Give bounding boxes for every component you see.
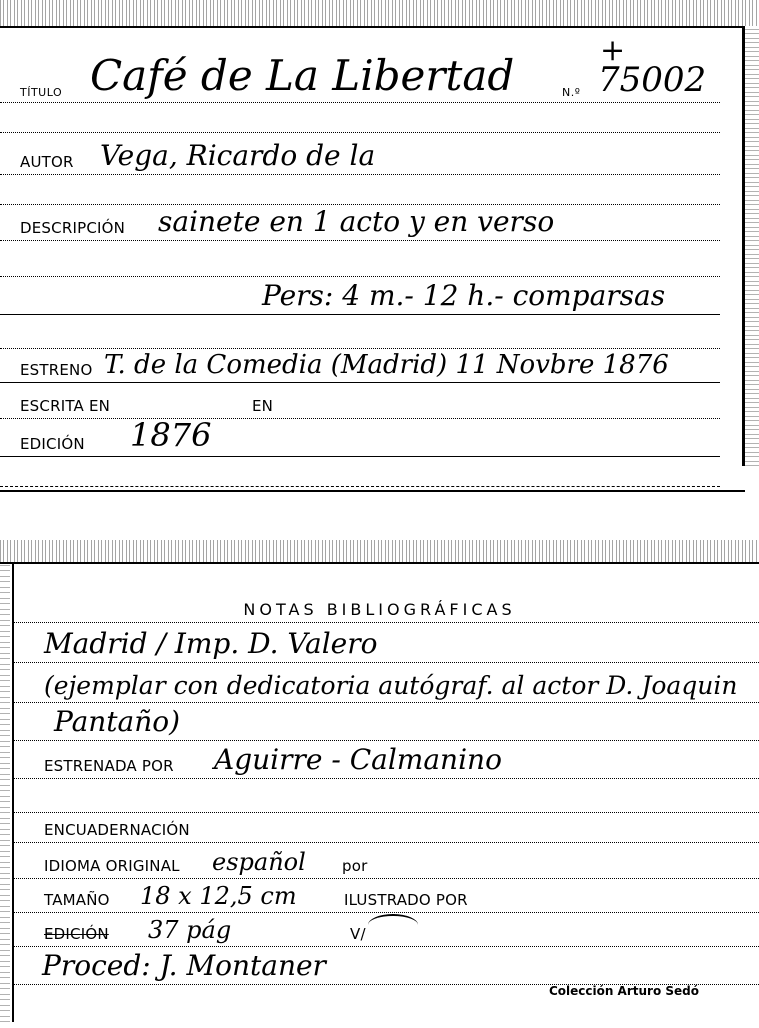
value-edicion-bottom: 37 pág [148, 916, 231, 944]
label-edicion-bottom: EDICIÓN [44, 925, 109, 943]
row-separator [0, 102, 720, 133]
note-line: Pantaño) [14, 702, 759, 741]
value-titulo: Café de La Libertad [90, 51, 514, 100]
scan-noise-border-left [0, 562, 10, 1022]
label-edicion: EDICIÓN [20, 435, 85, 453]
card-frame-right [742, 26, 745, 466]
value-procedencia: Proced: J. Montaner [42, 949, 326, 982]
label-idioma-original: IDIOMA ORIGINAL [44, 857, 180, 875]
row-separator [14, 592, 759, 623]
note-text: (ejemplar con dedicatoria autógraf. al a… [44, 671, 738, 700]
label-escrita-en-2: EN [252, 397, 273, 415]
card-bottom-edge [0, 490, 745, 492]
value-edicion: 1876 [130, 416, 211, 454]
label-titulo: TÍTULO [20, 86, 62, 99]
field-edicion: EDICIÓN 1876 [0, 418, 720, 457]
value-numero: 75002 [598, 60, 706, 100]
card-frame-top [0, 562, 759, 564]
note-text: Madrid / Imp. D. Valero [44, 627, 377, 660]
row-separator [14, 778, 759, 813]
row-separator [0, 314, 720, 349]
value-autor: Vega, Ricardo de la [100, 139, 375, 172]
field-edicion-bottom: EDICIÓN 37 pág V/ [14, 912, 759, 947]
label-estrenada-por: ESTRENADA POR [44, 757, 174, 775]
value-estrenada-por: Aguirre - Calmanino [214, 743, 502, 776]
field-encuadernacion: ENCUADERNACIÓN [14, 812, 759, 843]
note-line: Madrid / Imp. D. Valero [14, 622, 759, 663]
label-tamano: TAMAÑO [44, 891, 110, 909]
value-tamano: 18 x 12,5 cm [140, 882, 297, 910]
field-idioma-original: IDIOMA ORIGINAL español por [14, 842, 759, 879]
field-descripcion-line2: Pers: 4 m.- 12 h.- comparsas [0, 276, 720, 315]
field-procedencia: Proced: J. Montaner [14, 946, 759, 985]
note-line: (ejemplar con dedicatoria autógraf. al a… [14, 662, 759, 703]
scan-noise-border-right [745, 26, 759, 466]
value-idioma-original: español [212, 848, 306, 876]
label-idioma-por: por [342, 857, 367, 875]
label-autor: AUTOR [20, 153, 74, 171]
label-estreno: ESTRENO [20, 361, 93, 379]
row-separator [0, 240, 720, 277]
field-descripcion: DESCRIPCIÓN sainete en 1 acto y en verso [0, 204, 720, 241]
row-separator [0, 174, 720, 205]
field-estrenada-por: ESTRENADA POR Aguirre - Calmanino [14, 740, 759, 779]
collection-stamp: Colección Arturo Sedó [549, 984, 699, 998]
field-autor: AUTOR Vega, Ricardo de la [0, 132, 720, 175]
field-titulo: TÍTULO Café de La Libertad + N.º 75002 [0, 40, 720, 103]
note-text: Pantaño) [54, 705, 180, 738]
field-tamano: TAMAÑO 18 x 12,5 cm ILUSTRADO POR [14, 878, 759, 913]
scan-noise-border [0, 0, 759, 26]
row-separator [0, 456, 720, 487]
label-ilustrado-por: ILUSTRADO POR [344, 891, 468, 909]
catalog-card-top: TÍTULO Café de La Libertad + N.º 75002 A… [0, 0, 759, 492]
field-estreno: ESTRENO T. de la Comedia (Madrid) 11 Nov… [0, 348, 720, 383]
card-frame-top [0, 26, 745, 28]
value-estreno: T. de la Comedia (Madrid) 11 Novbre 1876 [104, 350, 669, 380]
value-descripcion: sainete en 1 acto y en verso [158, 205, 554, 238]
catalog-card-bottom: NOTAS BIBLIOGRÁFICAS Madrid / Imp. D. Va… [0, 540, 759, 1028]
label-encuadernacion: ENCUADERNACIÓN [44, 821, 190, 839]
scan-noise-border [0, 540, 759, 562]
pen-mark [368, 914, 418, 936]
label-escrita-en: ESCRITA EN [20, 397, 110, 415]
label-numero: N.º [562, 86, 580, 99]
label-descripcion: DESCRIPCIÓN [20, 219, 125, 237]
label-v: V/ [350, 925, 366, 943]
field-escrita-en: ESCRITA EN EN [0, 382, 720, 419]
value-descripcion-line2: Pers: 4 m.- 12 h.- comparsas [262, 279, 665, 312]
